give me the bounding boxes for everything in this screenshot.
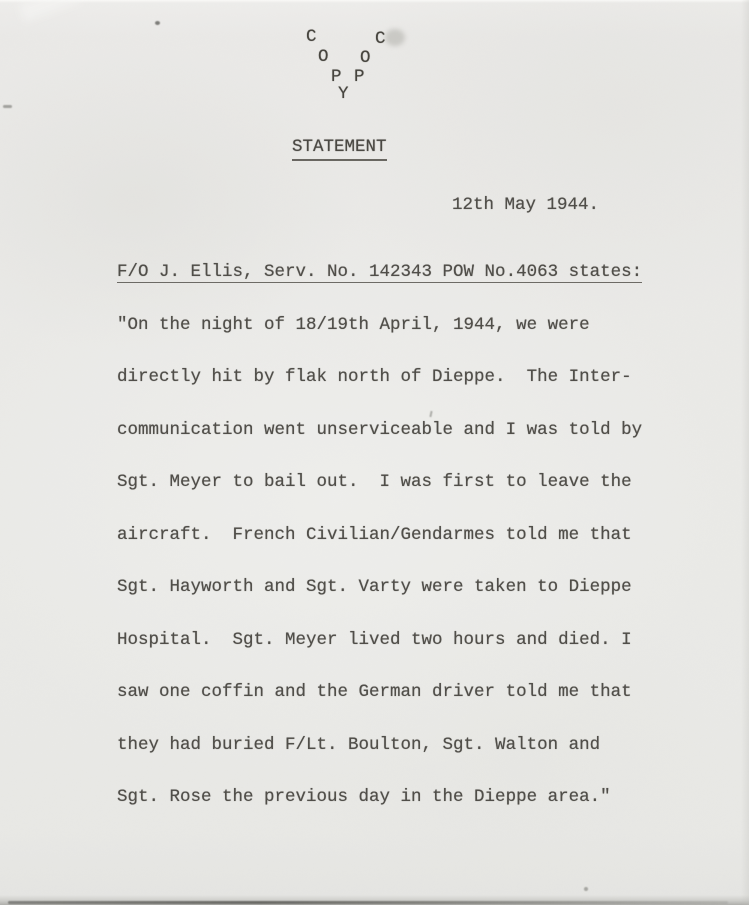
copy-stamp-letter: P [331,70,342,84]
smudge-mark [385,29,405,46]
copy-stamp-letter: P [354,70,365,84]
copy-stamp-letter: C [375,32,386,46]
copy-stamp-letter: O [318,50,329,64]
document-title: STATEMENT [292,139,387,161]
paper-crease [19,0,82,22]
ink-speck [155,21,160,25]
statement-text-line: Hospital. Sgt. Meyer lived two hours and… [117,632,642,650]
copy-stamp-letter: C [306,30,317,44]
scan-right-edge-shadow [741,0,749,905]
statement-intro-underlined: F/O J. Ellis, Serv. No. 142343 POW No.40… [117,264,642,283]
statement-text-line: Sgt. Rose the previous day in the Dieppe… [117,789,642,807]
scan-bottom-edge-line [8,901,728,904]
statement-text-line: aircraft. French Civilian/Gendarmes told… [117,527,642,545]
copy-stamp-letter: Y [338,87,349,101]
copy-stamp-letter: O [360,51,371,65]
statement-text-line: Sgt. Hayworth and Sgt. Varty were taken … [117,579,642,597]
statement-intro-line: F/O J. Ellis, Serv. No. 142343 POW No.40… [117,264,642,282]
scan-top-edge-highlight [0,0,749,3]
statement-text-line: "On the night of 18/19th April, 1944, we… [117,317,642,335]
ink-speck [584,887,588,891]
statement-text-line: directly hit by flak north of Dieppe. Th… [117,369,642,387]
statement-text-line: Sgt. Meyer to bail out. I was first to l… [117,474,642,492]
statement-text-line: communication went unserviceable and I w… [117,422,642,440]
margin-mark [3,105,12,108]
scanned-document-page: C C O O P P Y STATEMENT 12th May 1944. F… [0,0,749,905]
statement-text-line: they had buried F/Lt. Boulton, Sgt. Walt… [117,737,642,755]
statement-text-line: saw one coffin and the German driver tol… [117,684,642,702]
statement-body: F/O J. Ellis, Serv. No. 142343 POW No.40… [117,229,642,842]
date-line: 12th May 1944. [452,197,599,215]
